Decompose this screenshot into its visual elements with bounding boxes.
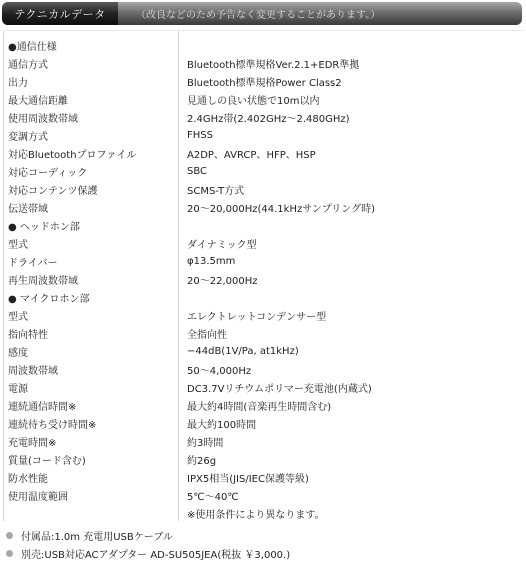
spec-value: 50～4,000Hz [179, 362, 251, 377]
spec-value: 最大約4時間(音楽再生時間含む) [179, 398, 331, 413]
spec-value: 5℃～40℃ [179, 488, 239, 503]
spec-label: 感度 [4, 344, 179, 359]
spec-value: Bluetooth標準規格Power Class2 [179, 74, 342, 89]
spec-row: 感度 −44dB(1V/Pa, at1kHz) [4, 342, 524, 360]
spec-row: 対応Bluetoothプロファイル A2DP、AVRCP、HFP、HSP [4, 144, 524, 162]
spec-label: 防水性能 [4, 470, 179, 485]
spec-row: 対応コンテンツ保護 SCMS-T方式 [4, 180, 524, 198]
spec-value: 見通しの良い状態で10m以内 [179, 92, 319, 107]
spec-value: 約3時間 [179, 434, 223, 449]
spec-value: 全指向性 [179, 326, 227, 341]
optional-item-text: 別売:USB対応ACアダプター AD-SU505JEA(税抜 ￥3,000.) [21, 546, 290, 561]
spec-row: 電源 DC3.7Vリチウムポリマー充電池(内蔵式) [4, 378, 524, 396]
spec-value: SBC [179, 166, 207, 177]
spec-label: 通信方式 [4, 56, 179, 71]
spec-label: 対応コンテンツ保護 [4, 182, 179, 197]
spec-table: ●通信仕様 通信方式 Bluetooth標準規格Ver.2.1+EDR準拠 出力… [3, 30, 524, 521]
spec-label: 型式 [4, 236, 179, 251]
spec-row: 連続待ち受け時間※ 最大約100時間 [4, 414, 524, 432]
spec-value: 2.4GHz帯(2.402GHz～2.480GHz) [179, 110, 350, 125]
bullet-icon [6, 550, 13, 557]
spec-row: 対応コーディック SBC [4, 162, 524, 180]
spec-label: 指向特性 [4, 326, 179, 341]
spec-row: 伝送帯域 20～20,000Hz(44.1kHzサンプリング時) [4, 198, 524, 216]
spec-label: 型式 [4, 308, 179, 323]
spec-row: 出力 Bluetooth標準規格Power Class2 [4, 72, 524, 90]
spec-label: 対応Bluetoothプロファイル [4, 146, 179, 161]
spec-row: 変調方式 FHSS [4, 126, 524, 144]
bullet-icon [6, 532, 13, 539]
spec-value: Bluetooth標準規格Ver.2.1+EDR準拠 [179, 56, 359, 71]
spec-row: 通信方式 Bluetooth標準規格Ver.2.1+EDR準拠 [4, 54, 524, 72]
spec-value: 最大約100時間 [179, 416, 256, 431]
spec-label: 出力 [4, 74, 179, 89]
spec-section-headphone: ● ヘッドホン部 [4, 216, 524, 234]
section-label: ●通信仕様 [4, 38, 179, 53]
spec-label: 伝送帯域 [4, 200, 179, 215]
spec-footnote: ※使用条件により異なります。 [179, 506, 325, 521]
spec-row: ドライバー φ13.5mm [4, 252, 524, 270]
section-note: （改良などのため予告なく変更することがあります。） [118, 6, 380, 21]
accessory-note: 付属品:1.0m 充電用USBケーブル [6, 528, 173, 542]
spec-row: 型式 エレクトレットコンデンサー型 [4, 306, 524, 324]
spec-row: 使用温度範囲 5℃～40℃ [4, 486, 524, 504]
spec-label: 使用周波数帯域 [4, 110, 179, 125]
spec-row: 防水性能 IPX5相当(JIS/IEC保護等級) [4, 468, 524, 486]
spec-value: IPX5相当(JIS/IEC保護等級) [179, 470, 309, 485]
section-label: ● マイクロホン部 [4, 290, 179, 305]
spec-row: 連続通信時間※ 最大約4時間(音楽再生時間含む) [4, 396, 524, 414]
spec-label: 変調方式 [4, 128, 179, 143]
spec-value: エレクトレットコンデンサー型 [179, 308, 326, 323]
spec-label: ドライバー [4, 254, 179, 269]
spec-label: 連続待ち受け時間※ [4, 416, 179, 431]
accessory-text: 付属品:1.0m 充電用USBケーブル [21, 528, 173, 543]
section-title: テクニカルデータ [2, 2, 118, 25]
optional-item-note: 別売:USB対応ACアダプター AD-SU505JEA(税抜 ￥3,000.) [6, 546, 290, 560]
spec-footnote-row: ※使用条件により異なります。 [4, 504, 524, 522]
spec-value: SCMS-T方式 [179, 182, 244, 197]
spec-value: φ13.5mm [179, 256, 235, 267]
spec-label: 最大通信距離 [4, 92, 179, 107]
spec-value: FHSS [179, 130, 213, 141]
spec-row: 最大通信距離 見通しの良い状態で10m以内 [4, 90, 524, 108]
spec-value: 20～22,000Hz [179, 272, 257, 287]
spec-label: 周波数帯域 [4, 362, 179, 377]
spec-section-communication: ●通信仕様 [4, 36, 524, 54]
spec-row: 充電時間※ 約3時間 [4, 432, 524, 450]
spec-label: 質量(コード含む) [4, 452, 179, 467]
spec-value: 20～20,000Hz(44.1kHzサンプリング時) [179, 200, 375, 215]
spec-value: 約26g [179, 452, 216, 467]
spec-label: 連続通信時間※ [4, 398, 179, 413]
spec-label: 使用温度範囲 [4, 488, 179, 503]
section-header: テクニカルデータ （改良などのため予告なく変更することがあります。） [2, 2, 522, 25]
spec-value: DC3.7Vリチウムポリマー充電池(内蔵式) [179, 380, 372, 395]
spec-row: 周波数帯域 50～4,000Hz [4, 360, 524, 378]
spec-row: 指向特性 全指向性 [4, 324, 524, 342]
spec-value: −44dB(1V/Pa, at1kHz) [179, 346, 299, 357]
spec-row: 型式 ダイナミック型 [4, 234, 524, 252]
spec-value: A2DP、AVRCP、HFP、HSP [179, 146, 316, 161]
spec-value: ダイナミック型 [179, 236, 257, 251]
spec-row: 使用周波数帯域 2.4GHz帯(2.402GHz～2.480GHz) [4, 108, 524, 126]
spec-section-microphone: ● マイクロホン部 [4, 288, 524, 306]
spec-label: 充電時間※ [4, 434, 179, 449]
spec-row: 再生周波数帯域 20～22,000Hz [4, 270, 524, 288]
section-label: ● ヘッドホン部 [4, 218, 179, 233]
spec-label: 対応コーディック [4, 164, 179, 179]
spec-label: 再生周波数帯域 [4, 272, 179, 287]
spec-row: 質量(コード含む) 約26g [4, 450, 524, 468]
spec-label: 電源 [4, 380, 179, 395]
